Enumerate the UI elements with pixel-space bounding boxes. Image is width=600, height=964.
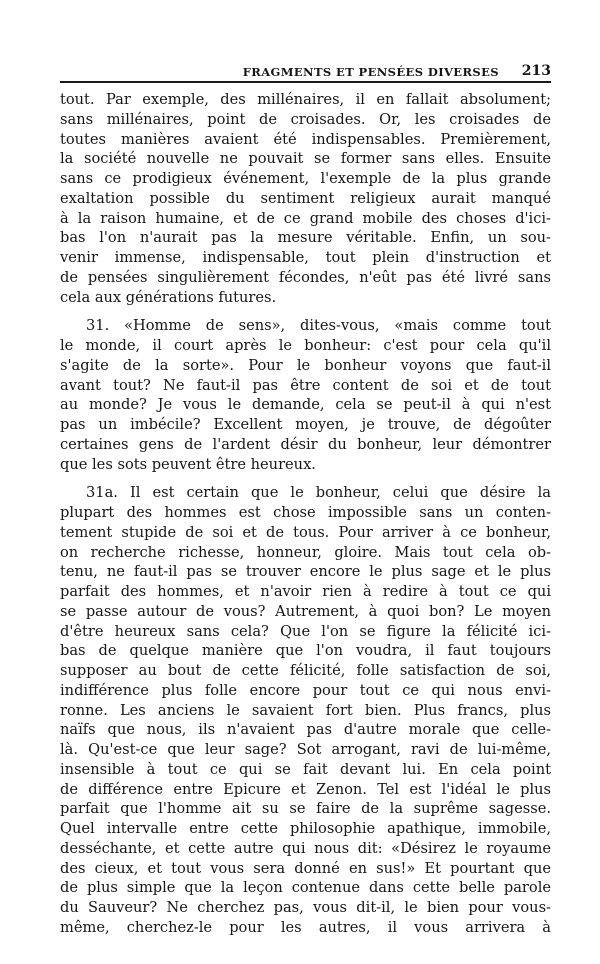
text-line: toutes manières avaient été indispensabl…: [60, 130, 551, 150]
paragraph-31: 31. «Homme de sens», dites-vous, «mais c…: [60, 316, 551, 474]
text-line: de plus simple que la leçon contenue dan…: [60, 878, 551, 898]
text-line: sans millénaires, point de croisades. Or…: [60, 110, 551, 130]
text-line: des cieux, et tout vous sera donné en su…: [60, 859, 551, 879]
text-line: du Sauveur? Ne cherchez pas, vous dit-il…: [60, 898, 551, 918]
text-line: tout. Par exemple, des millénaires, il e…: [60, 90, 551, 110]
text-line: desséchante, et cette autre qui nous dit…: [60, 839, 551, 859]
text-line: exaltation possible du sentiment religie…: [60, 189, 551, 209]
paragraph-31a: 31a. Il est certain que le bonheur, celu…: [60, 483, 551, 937]
text-line: certaines gens de l'ardent désir du bonh…: [60, 435, 551, 455]
text-line: de pensées singulièrement fécondes, n'eû…: [60, 268, 551, 288]
text-line: insensible à tout ce qui se fait devant …: [60, 760, 551, 780]
text-line: d'être heureux sans cela? Que l'on se fi…: [60, 622, 551, 642]
running-header: FRAGMENTS ET PENSÉES DIVERSES 213: [60, 63, 551, 81]
text-line: supposer au bout de cette félicité, foll…: [60, 661, 551, 681]
text-line: se passe autour de vous? Autrement, à qu…: [60, 602, 551, 622]
text-line: ronne. Les anciens le savaient fort bien…: [60, 701, 551, 721]
text-line: 31a. Il est certain que le bonheur, celu…: [60, 483, 551, 503]
text-line: la société nouvelle ne pouvait se former…: [60, 149, 551, 169]
text-line: on recherche richesse, honneur, gloire. …: [60, 543, 551, 563]
text-line: 31. «Homme de sens», dites-vous, «mais c…: [60, 316, 551, 336]
text-line: bas de quelque manière que l'on voudra, …: [60, 641, 551, 661]
text-line: parfait des hommes, et n'avoir rien à re…: [60, 582, 551, 602]
page-number: 213: [522, 63, 551, 79]
text-line: au monde? Je vous le demande, cela se pe…: [60, 395, 551, 415]
text-line: tement stupide de soi et de tous. Pour a…: [60, 523, 551, 543]
text-line: tenu, ne faut-il pas se trouver encore l…: [60, 562, 551, 582]
text-line: bas l'on n'aurait pas la mesure véritabl…: [60, 228, 551, 248]
text-line: le monde, il court après le bonheur: c'e…: [60, 336, 551, 356]
text-line: pas un imbécile? Excellent moyen, je tro…: [60, 415, 551, 435]
running-title: FRAGMENTS ET PENSÉES DIVERSES: [243, 65, 499, 79]
text-line: avant tout? Ne faut-il pas être content …: [60, 376, 551, 396]
text-line: là. Qu'est-ce que leur sage? Sot arrogan…: [60, 740, 551, 760]
text-line: Quel intervalle entre cette philosophie …: [60, 819, 551, 839]
text-line: à la raison humaine, et de ce grand mobi…: [60, 209, 551, 229]
header-rule: [60, 81, 551, 83]
text-line: venir immense, indispensable, tout plein…: [60, 248, 551, 268]
text-line: de différence entre Epicure et Zenon. Te…: [60, 780, 551, 800]
paragraph-continuation: tout. Par exemple, des millénaires, il e…: [60, 90, 551, 307]
text-line: même, cherchez-le pour les autres, il vo…: [60, 918, 551, 938]
page-body: tout. Par exemple, des millénaires, il e…: [60, 90, 551, 938]
text-line: cela aux générations futures.: [60, 288, 551, 308]
text-line: parfait que l'homme ait su se faire de l…: [60, 799, 551, 819]
text-line: s'agite de la sorte». Pour le bonheur vo…: [60, 356, 551, 376]
text-line: naïfs que nous, ils n'avaient pas d'autr…: [60, 720, 551, 740]
text-line: que les sots peuvent être heureux.: [60, 455, 551, 475]
text-line: indifférence plus folle encore pour tout…: [60, 681, 551, 701]
text-line: plupart des hommes est chose impossible …: [60, 503, 551, 523]
text-line: sans ce prodigieux événement, l'exemple …: [60, 169, 551, 189]
